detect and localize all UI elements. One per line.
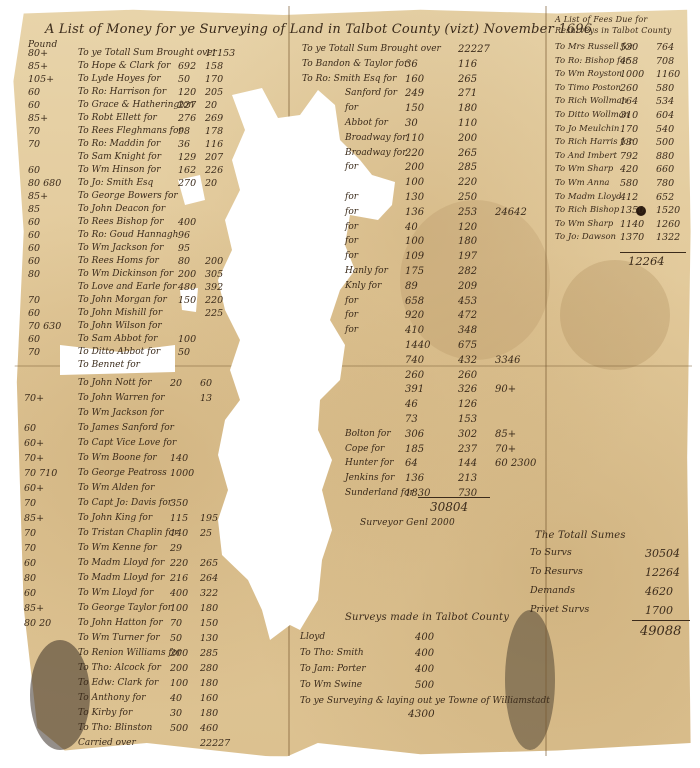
- total-rule: [632, 620, 690, 621]
- entry-amount: 50: [178, 74, 190, 85]
- entry-total: 652: [656, 192, 674, 203]
- entry-amount: 220: [405, 148, 424, 159]
- entry-amount: 1370: [620, 232, 644, 243]
- entry-amount: 175: [405, 266, 424, 277]
- entry-amount: 412: [620, 192, 638, 203]
- margin-value: 60: [28, 256, 40, 267]
- total-rule: [418, 497, 490, 498]
- survey-entry: Lloyd: [300, 632, 325, 642]
- entry-amount: 73: [405, 414, 418, 425]
- entry-total: 285: [200, 648, 218, 659]
- entry-total: 180: [200, 678, 218, 689]
- entry-total: 460: [200, 723, 218, 734]
- total-value: 12264: [645, 566, 680, 579]
- entry-amount: 227: [178, 100, 196, 111]
- margin-value: 80: [24, 573, 36, 584]
- entry-total: 209: [458, 281, 477, 292]
- ledger-entry: To John Deacon for: [78, 204, 165, 214]
- entry-total: 580: [656, 83, 674, 94]
- entry-total: 540: [656, 124, 674, 135]
- entry-amount: 36: [405, 59, 418, 70]
- ledger-entry: for: [345, 207, 358, 217]
- entry-amount: 96: [178, 230, 190, 241]
- entry-total: 200: [458, 133, 477, 144]
- surveys-total: 4300: [408, 708, 435, 720]
- margin-value: 70: [28, 126, 40, 137]
- entry-amount: 89: [405, 281, 418, 292]
- entry-total: 225: [205, 308, 223, 319]
- entry-amount: 185: [405, 444, 424, 455]
- entry-amount: 276: [178, 113, 196, 124]
- entry-amount: 100: [170, 603, 188, 614]
- ledger-entry: To Tho: Blinston: [78, 723, 152, 733]
- side-total: 85+: [495, 429, 516, 440]
- entry-amount: 391: [405, 384, 424, 395]
- resurvey-entry: To Wm Anna: [555, 178, 609, 188]
- entry-amount: 270: [178, 178, 196, 189]
- ledger-entry: To Capt Jo: Davis for: [78, 498, 172, 508]
- entry-total: 180: [458, 103, 477, 114]
- entry-amount: 420: [620, 164, 638, 175]
- margin-value: 60: [28, 165, 40, 176]
- entry-total: 500: [656, 137, 674, 148]
- side-total: 70+: [495, 444, 516, 455]
- survey-value: 500: [415, 680, 434, 691]
- entry-amount: 98: [178, 126, 190, 137]
- margin-value: 80+: [28, 48, 48, 59]
- entry-amount: 95: [178, 243, 190, 254]
- entry-amount: 109: [405, 251, 424, 262]
- ledger-entry: To Sam Knight for: [78, 152, 161, 162]
- entry-total: 302: [458, 429, 477, 440]
- margin-value: 85+: [24, 513, 44, 524]
- ledger-entry: To Ro: Harrison for: [78, 87, 166, 97]
- entry-total: 153: [458, 414, 477, 425]
- ledger-entry: To Kirby for: [78, 708, 132, 718]
- entry-amount: 200: [170, 648, 188, 659]
- ledger-entry: To John Wilson for: [78, 321, 162, 331]
- margin-value: 70 630: [28, 321, 61, 332]
- resurvey-entry: To Wm Sharp: [555, 164, 613, 174]
- entry-amount: 130: [620, 137, 638, 148]
- entry-amount: 100: [170, 678, 188, 689]
- entry-amount: 500: [170, 723, 188, 734]
- ledger-entry: To Wm Boone for: [78, 453, 157, 463]
- ledger-entry: To Wm Jackson for: [78, 243, 163, 253]
- entry-amount: 740: [405, 355, 424, 366]
- entry-amount: 40: [405, 222, 418, 233]
- survey-value: 400: [415, 664, 434, 675]
- manuscript-page: A List of Money for ye Surveying of Land…: [0, 0, 700, 768]
- entry-amount: 458: [620, 56, 638, 67]
- ledger-entry: To Tristan Chaplin for: [78, 528, 178, 538]
- survey-value: 400: [415, 648, 434, 659]
- margin-value: 105+: [28, 74, 54, 85]
- margin-value: 60: [28, 217, 40, 228]
- entry-amount: 400: [178, 217, 196, 228]
- resurvey-entry: To Ro: Bishop for: [555, 56, 629, 66]
- entry-amount: 30: [170, 708, 182, 719]
- ledger-entry: To Wm Dickinson for: [78, 269, 173, 279]
- entry-total: 285: [458, 162, 477, 173]
- ledger-entry: To Lyde Hoyes for: [78, 74, 161, 84]
- margin-value: 60: [28, 334, 40, 345]
- entry-amount: 100: [405, 236, 424, 247]
- entry-total: 130: [200, 633, 218, 644]
- entry-total: 200: [205, 256, 223, 267]
- resurvey-entry: To Timo Poston: [555, 83, 621, 93]
- right-total: 12264: [628, 254, 665, 268]
- entry-total: 764: [656, 42, 674, 53]
- entry-amount: 140: [170, 528, 188, 539]
- margin-value: 80 20: [24, 618, 51, 629]
- entry-amount: 36: [178, 139, 190, 150]
- total-label: Demands: [530, 585, 575, 596]
- entry-amount: 40: [170, 693, 182, 704]
- side-total: 90+: [495, 384, 516, 395]
- ledger-entry: To Madm Lloyd for: [78, 558, 164, 568]
- entry-amount: 792: [620, 151, 638, 162]
- entry-amount: 150: [405, 103, 424, 114]
- entry-total: 253: [458, 207, 477, 218]
- entry-amount: 920: [405, 310, 424, 321]
- margin-value: 60: [28, 308, 40, 319]
- entry-amount: 260: [620, 83, 638, 94]
- entry-total: 265: [458, 148, 477, 159]
- entry-total: 534: [656, 96, 674, 107]
- entry-amount: 136: [405, 207, 424, 218]
- entry-amount: 136: [405, 473, 424, 484]
- margin-value: 70: [28, 347, 40, 358]
- margin-value: 70: [28, 295, 40, 306]
- entry-total: 348: [458, 325, 477, 336]
- entry-total: 180: [200, 603, 218, 614]
- ledger-entry: Sanford for: [345, 88, 397, 98]
- margin-value: 70: [28, 139, 40, 150]
- ledger-entry: for: [345, 103, 358, 113]
- ledger-entry: To Ro: Smith Esq for: [302, 74, 396, 84]
- entry-total: 250: [458, 192, 477, 203]
- side-total: 60 2300: [495, 458, 536, 469]
- entry-total: 271: [458, 88, 477, 99]
- entry-total: 472: [458, 310, 477, 321]
- ledger-entry: To John Morgan for: [78, 295, 167, 305]
- margin-value: 60: [28, 100, 40, 111]
- total-rule: [620, 252, 686, 253]
- entry-amount: 150: [178, 295, 196, 306]
- entry-total: 150: [200, 618, 218, 629]
- ledger-entry: To Wm Turner for: [78, 633, 160, 643]
- entry-total: 326: [458, 384, 477, 395]
- ledger-entry: To Rees Bishop for: [78, 217, 164, 227]
- margin-value: 70+: [24, 453, 44, 464]
- ledger-entry: To Jo: Smith Esq: [78, 178, 153, 188]
- margin-value: 60: [28, 243, 40, 254]
- entry-amount: 64: [405, 458, 418, 469]
- ledger-entry: Carried over: [78, 738, 136, 748]
- total-label: To Resurvs: [530, 566, 583, 577]
- ledger-entry: Hanly for: [345, 266, 388, 276]
- ledger-entry: To Edw: Clark for: [78, 678, 158, 688]
- ledger-entry: To Wm Jackson for: [78, 408, 163, 418]
- ledger-entry: for: [345, 325, 358, 335]
- margin-value: 70+: [24, 393, 44, 404]
- entry-total: 780: [656, 178, 674, 189]
- entry-total: 126: [458, 399, 477, 410]
- entry-amount: 30: [405, 118, 418, 129]
- entry-total: 260: [458, 370, 477, 381]
- entry-total: 22227: [200, 738, 230, 749]
- grand-total: 49088: [640, 624, 681, 639]
- entry-total: 180: [200, 708, 218, 719]
- entry-amount: 129: [178, 152, 196, 163]
- ledger-entry: To Wm Kenne for: [78, 543, 157, 553]
- entry-total: 20: [205, 100, 217, 111]
- survey-value: 400: [415, 632, 434, 643]
- entry-total: 25: [200, 528, 212, 539]
- entry-total: 1520: [656, 205, 680, 216]
- entry-total: 213: [458, 473, 477, 484]
- entry-amount: 110: [405, 133, 424, 144]
- ledger-entry: for: [345, 251, 358, 261]
- middle-total: 30804: [430, 500, 468, 514]
- entry-amount: 160: [405, 74, 424, 85]
- margin-value: 80: [28, 269, 40, 280]
- margin-value: 70 710: [24, 468, 57, 479]
- entry-amount: 1140: [620, 219, 644, 230]
- entry-total: 392: [205, 282, 223, 293]
- ledger-entry: To Capt Vice Love for: [78, 438, 176, 448]
- entry-amount: 1350: [620, 205, 644, 216]
- ledger-entry: Bolton for: [345, 429, 391, 439]
- survey-entry: To Jam: Porter: [300, 664, 366, 674]
- entry-amount: 162: [178, 165, 196, 176]
- entry-total: 22227: [458, 44, 490, 55]
- margin-value: 60: [28, 230, 40, 241]
- ledger-entry: To Ro: Goud Hannagh: [78, 230, 178, 240]
- margin-value: 85+: [28, 113, 48, 124]
- entry-total: 269: [205, 113, 223, 124]
- margin-value: 70: [24, 543, 36, 554]
- entry-amount: 50: [178, 347, 190, 358]
- margin-value: 85: [28, 204, 40, 215]
- total-label: Privet Survs: [530, 604, 589, 615]
- entry-amount: 260: [405, 370, 424, 381]
- entry-amount: 410: [405, 325, 424, 336]
- survey-entry: To Wm Swine: [300, 680, 362, 690]
- ledger-entry: for: [345, 192, 358, 202]
- side-total: 3346: [495, 355, 520, 366]
- entry-amount: 50: [170, 633, 182, 644]
- entry-total: 322: [200, 588, 218, 599]
- ledger-entry: To Bennet for: [78, 360, 140, 370]
- ledger-entry: To Rees Homs for: [78, 256, 159, 266]
- entry-amount: 220: [170, 558, 188, 569]
- ledger-entry: To James Sanford for: [78, 423, 174, 433]
- document-title: A List of Money for ye Surveying of Land…: [45, 22, 592, 37]
- entry-amount: 20: [170, 378, 182, 389]
- ledger-entry: To ye Totall Sum Brought over: [78, 48, 217, 58]
- entry-total: 265: [200, 558, 218, 569]
- margin-value: 85+: [28, 61, 48, 72]
- ledger-entry: Hunter for: [345, 458, 394, 468]
- ledger-entry: To Madm Lloyd for: [78, 573, 164, 583]
- entry-amount: 164: [620, 96, 638, 107]
- survey-entry: To Tho: Smith: [300, 648, 364, 658]
- entry-total: 197: [458, 251, 477, 262]
- entry-total: 432: [458, 355, 477, 366]
- margin-value: 85+: [24, 603, 44, 614]
- entry-total: 280: [200, 663, 218, 674]
- entry-total: 110: [458, 118, 477, 129]
- total-value: 30504: [645, 547, 680, 560]
- entry-total: 660: [656, 164, 674, 175]
- entry-total: 170: [205, 74, 223, 85]
- entry-total: 160: [200, 693, 218, 704]
- entry-amount: 658: [405, 296, 424, 307]
- ledger-entry: To Wm Alden for: [78, 483, 154, 493]
- entry-total: 604: [656, 110, 674, 121]
- entry-amount: 115: [170, 513, 188, 524]
- entry-total: 305: [205, 269, 223, 280]
- resurvey-entry: To Ditto Wollman: [555, 110, 629, 120]
- margin-value: 60+: [24, 438, 44, 449]
- entry-amount: 140: [170, 453, 188, 464]
- entry-amount: 1000: [620, 69, 644, 80]
- entry-amount: 1440: [405, 340, 430, 351]
- entry-total: 265: [458, 74, 477, 85]
- entry-total: 116: [458, 59, 477, 70]
- entry-total: 144: [458, 458, 477, 469]
- ledger-entry: To Wm Hinson for: [78, 165, 161, 175]
- entry-amount: 200: [405, 162, 424, 173]
- entry-total: 453: [458, 296, 477, 307]
- entry-total: 180: [458, 236, 477, 247]
- ledger-entry: To Wm Lloyd for: [78, 588, 153, 598]
- entry-amount: 170: [620, 124, 638, 135]
- resurvey-entry: To Wm Royston: [555, 69, 622, 79]
- ledger-entry: for: [345, 162, 358, 172]
- ledger-entry: Knly for: [345, 281, 381, 291]
- entry-amount: 46: [405, 399, 418, 410]
- resurvey-entry: To And Imbert: [555, 151, 617, 161]
- resurvey-entry: To Rich Bishop: [555, 205, 619, 215]
- totals-title: The Totall Sumes: [535, 530, 626, 541]
- ledger-entry: To John King for: [78, 513, 152, 523]
- entry-amount: 130: [405, 192, 424, 203]
- ledger-entry: To John Nott for: [78, 378, 152, 388]
- entry-amount: 350: [170, 498, 188, 509]
- ledger-entry: for: [345, 310, 358, 320]
- entry-amount: 249: [405, 88, 424, 99]
- entry-amount: 310: [620, 110, 638, 121]
- ledger-entry: for: [345, 236, 358, 246]
- ledger-entry: To Sam Abbot for: [78, 334, 157, 344]
- entry-total: 226: [205, 165, 223, 176]
- ledger-entry: Broadway for: [345, 133, 407, 143]
- entry-total: 60: [200, 378, 212, 389]
- ledger-entry: To Rees Fleghmans for: [78, 126, 183, 136]
- entry-total: 158: [205, 61, 223, 72]
- entry-total: 13: [200, 393, 212, 404]
- entry-amount: 216: [170, 573, 188, 584]
- ledger-entry: Jenkins for: [345, 473, 394, 483]
- entry-total: 207: [205, 152, 223, 163]
- entry-total: 195: [200, 513, 218, 524]
- margin-value: 85+: [28, 191, 48, 202]
- ledger-entry: for: [345, 296, 358, 306]
- margin-value: 70: [24, 528, 36, 539]
- entry-total: 220: [205, 295, 223, 306]
- ledger-entry: To John Warren for: [78, 393, 165, 403]
- ledger-entry: To Tho: Alcock for: [78, 663, 161, 673]
- margin-value: 70: [24, 498, 36, 509]
- ledger-entry: Cope for: [345, 444, 384, 454]
- survey-entry: To ye Surveying & laying out ye Towne of…: [300, 696, 550, 706]
- entry-amount: 580: [620, 178, 638, 189]
- ledger-entry: To Anthony for: [78, 693, 146, 703]
- entry-amount: 29: [170, 543, 182, 554]
- entry-amount: 100: [405, 177, 424, 188]
- entry-amount: 200: [170, 663, 188, 674]
- ledger-entry: To Robt Ellett for: [78, 113, 157, 123]
- surveys-title: Surveys made in Talbot County: [345, 612, 509, 623]
- ledger-entry: To George Taylor for: [78, 603, 172, 613]
- entry-total: 1322: [656, 232, 680, 243]
- entry-total: 237: [458, 444, 477, 455]
- ledger-entry: To ye Totall Sum Brought over: [302, 44, 441, 54]
- resurvey-entry: To Wm Sharp: [555, 219, 613, 229]
- entry-amount: 692: [178, 61, 196, 72]
- entry-amount: 100: [178, 334, 196, 345]
- entry-amount: 80: [178, 256, 190, 267]
- entry-total: 264: [200, 573, 218, 584]
- ledger-entry: Sunderland for: [345, 488, 414, 498]
- entry-amount: 120: [178, 87, 196, 98]
- ledger-entry: To George Bowers for: [78, 191, 178, 201]
- margin-value: 60: [24, 558, 36, 569]
- ledger-entry: To Renion Williams for: [78, 648, 181, 658]
- entry-total: 116: [205, 139, 223, 150]
- entry-total: 20: [205, 178, 217, 189]
- entry-amount: 200: [178, 269, 196, 280]
- resurvey-entry: To Jo: Dawson: [555, 232, 616, 242]
- entry-total: 675: [458, 340, 477, 351]
- margin-value: 60: [28, 87, 40, 98]
- ledger-entry: To Love and Earle for: [78, 282, 176, 292]
- resurvey-entry: To Madm Lloyd: [555, 192, 622, 202]
- total-label: To Survs: [530, 547, 572, 558]
- entry-total: 11153: [205, 48, 235, 59]
- entry-total: 708: [656, 56, 674, 67]
- entry-total: 120: [458, 222, 477, 233]
- entry-total: 1260: [656, 219, 680, 230]
- margin-value: 80 680: [28, 178, 61, 189]
- entry-amount: 306: [405, 429, 424, 440]
- entry-amount: 1000: [170, 468, 194, 479]
- entry-total: 1160: [656, 69, 680, 80]
- entry-total: 205: [205, 87, 223, 98]
- entry-total: 178: [205, 126, 223, 137]
- ledger-entry: Broadway for: [345, 148, 407, 158]
- resurvey-entry: To Rich Wollman: [555, 96, 627, 106]
- margin-value: 60: [24, 588, 36, 599]
- ledger-entry: To Bandon & Taylor for: [302, 59, 408, 69]
- entry-amount: 530: [620, 42, 638, 53]
- total-value: 4620: [645, 585, 673, 598]
- ledger-entry: To George Peatross: [78, 468, 167, 478]
- ledger-entry: To John Hatton for: [78, 618, 163, 628]
